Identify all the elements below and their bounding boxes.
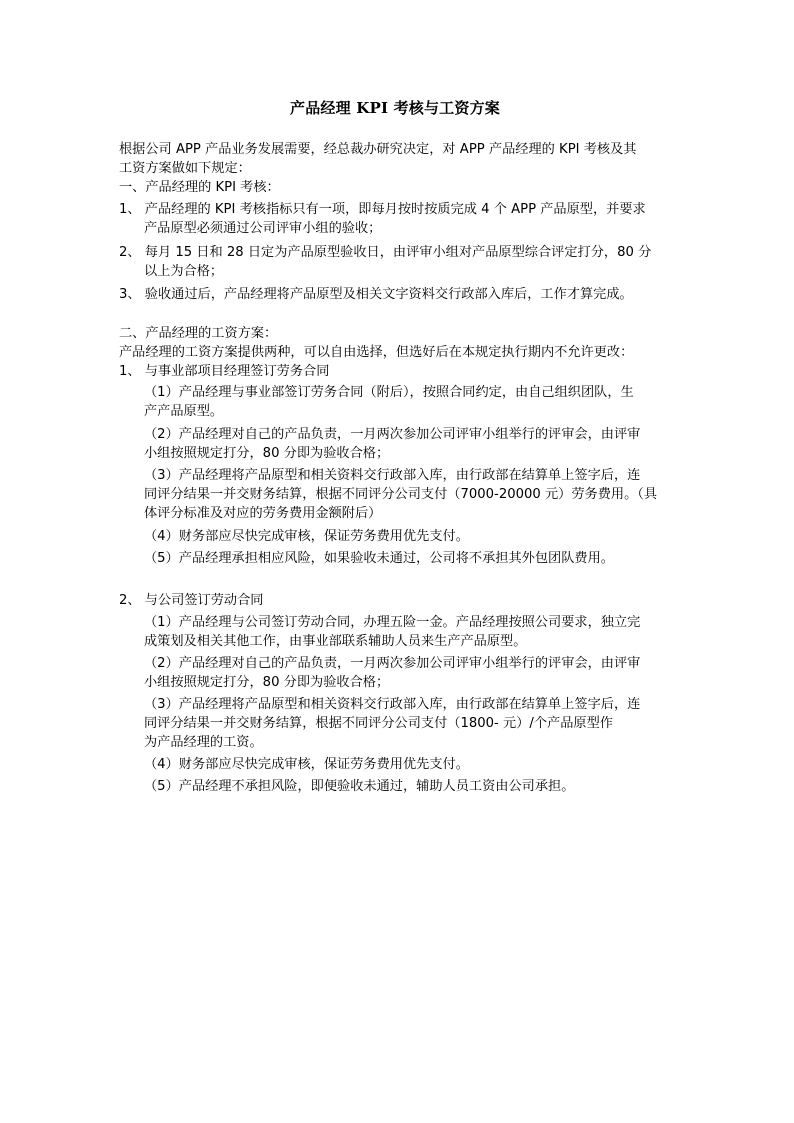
option1-item-4: （4）财务部应尽快完成审核，保证劳务费用优先支付。 — [144, 527, 469, 546]
option1-heading: 1、 与事业部项目经理签订劳务合同 — [119, 362, 329, 381]
option2-item-1: （1）产品经理与公司签订劳动合同，办理五险一金。产品经理按照公司要求，独立完 — [144, 613, 640, 632]
kpi-item-1: 1、 产品经理的 KPI 考核指标只有一项，即每月按时按质完成 4 个 APP … — [119, 200, 646, 219]
kpi-item-2-cont: 以上为合格； — [144, 262, 223, 281]
option1-item-3: （3）产品经理将产品原型和相关资料交行政部入库，由行政部在结算单上签字后，连 — [144, 466, 640, 485]
option2-item-1-cont: 成策划及相关其他工作，由事业部联系辅助人员来生产产品原型。 — [144, 632, 526, 651]
option2-item-2: （2）产品经理对自己的产品负责，一月两次参加公司评审小组举行的评审会，由评审 — [144, 654, 640, 673]
option1-item-5: （5）产品经理承担相应风险，如果验收未通过，公司将不承担其外包团队费用。 — [144, 549, 614, 568]
section1-heading: 一、产品经理的 KPI 考核： — [119, 178, 280, 197]
intro-line: 根据公司 APP 产品业务发展需要，经总裁办研究决定，对 APP 产品经理的 K… — [119, 140, 637, 159]
section2-intro: 产品经理的工资方案提供两种，可以自由选择，但选好后在本规定执行期内不允许更改： — [119, 343, 633, 362]
option2-heading: 2、 与公司签订劳动合同 — [119, 591, 263, 610]
option1-item-3-cont: 体评分标准及对应的劳务费用金额附后） — [144, 504, 381, 523]
option1-item-3-cont: 同评分结果一并交财务结算，根据不同评分公司支付（7000-20000 元）劳务费… — [144, 485, 657, 504]
intro-line: 工资方案做如下规定： — [119, 159, 251, 178]
option1-item-1: （1）产品经理与事业部签订劳务合同（附后），按照合同约定，由自己组织团队，生 — [144, 383, 634, 402]
option2-item-3: （3）产品经理将产品原型和相关资料交行政部入库，由行政部在结算单上签字后，连 — [144, 695, 640, 714]
option2-item-2-cont: 小组按照规定打分，80 分即为验收合格； — [144, 673, 389, 692]
kpi-item-2: 2、 每月 15 日和 28 日定为产品原型验收日，由评审小组对产品原型综合评定… — [119, 243, 651, 262]
option2-item-3-cont: 为产品经理的工资。 — [144, 733, 263, 752]
kpi-item-3: 3、 验收通过后，产品经理将产品原型及相关文字资料交行政部入库后，工作才算完成。 — [119, 285, 633, 304]
option1-item-1-cont: 产产品原型。 — [144, 402, 223, 421]
option1-item-2: （2）产品经理对自己的产品负责，一月两次参加公司评审小组举行的评审会，由评审 — [144, 425, 640, 444]
section2-heading: 二、产品经理的工资方案： — [119, 324, 277, 343]
option2-item-4: （4）财务部应尽快完成审核，保证劳务费用优先支付。 — [144, 755, 469, 774]
option1-item-2-cont: 小组按照规定打分，80 分即为验收合格； — [144, 444, 389, 463]
document-title: 产品经理 KPI 考核与工资方案 — [119, 98, 671, 118]
kpi-item-1-cont: 产品原型必须通过公司评审小组的验收； — [144, 219, 381, 238]
option2-item-5: （5）产品经理不承担风险，即便验收未通过，辅助人员工资由公司承担。 — [144, 777, 574, 796]
option2-item-3-cont: 同评分结果一并交财务结算，根据不同评分公司支付（1800- 元）/个产品原型作 — [144, 714, 613, 733]
